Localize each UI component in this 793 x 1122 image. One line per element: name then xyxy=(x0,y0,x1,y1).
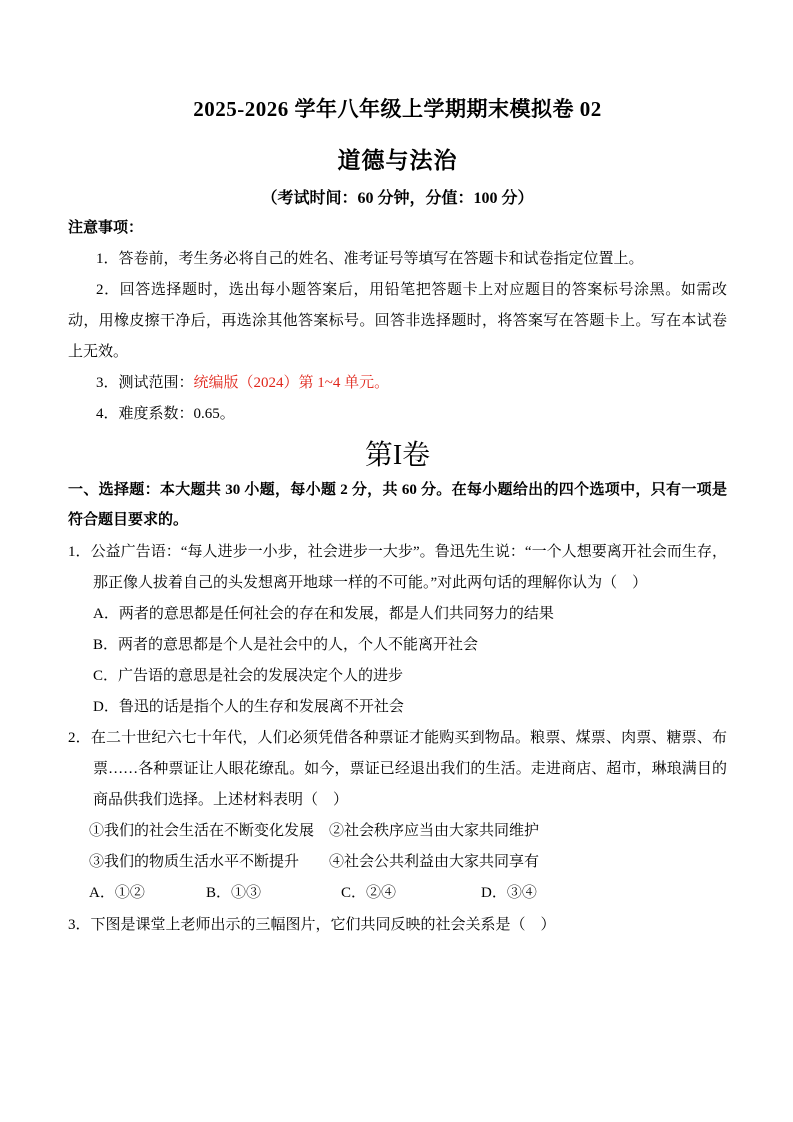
notice-item-3-test-scope: 统编版（2024）第 1~4 单元。 xyxy=(194,375,390,391)
notice-item-1: 1．答卷前，考生务必将自己的姓名、准考证号等填写在答题卡和试卷指定位置上。 xyxy=(68,244,727,275)
question-2-option-b: B．①③ xyxy=(206,878,341,909)
question-2-statement-2: ②社会秩序应当由大家共同维护 xyxy=(329,823,539,839)
question-2-option-a: A．①② xyxy=(89,878,206,909)
question-1-option-c: C．广告语的意思是社会的发展决定个人的进步 xyxy=(93,661,727,692)
section-instructions: 一、选择题：本大题共 30 小题，每小题 2 分，共 60 分。在每小题给出的四… xyxy=(68,475,727,535)
question-2-option-d: D．③④ xyxy=(481,878,537,909)
question-2-statement-1: ①我们的社会生活在不断变化发展 xyxy=(89,816,329,847)
question-1-stem-text: 公益广告语：“每人进步一小步，社会进步一大步”。鲁迅先生说：“一个人想要离开社会… xyxy=(91,544,727,591)
notices-heading: 注意事项： xyxy=(68,213,727,244)
question-1-option-b: B．两者的意思都是个人是社会中的人，个人不能离开社会 xyxy=(93,630,727,661)
question-2-statement-4: ④社会公共利益由大家共同享有 xyxy=(329,854,539,870)
question-2-statements-row-2: ③我们的物质生活水平不断提升④社会公共利益由大家共同享有 xyxy=(89,847,727,878)
exam-info: （考试时间：60 分钟，分值：100 分） xyxy=(68,188,727,210)
question-2-number: 2． xyxy=(68,730,91,746)
notices-section: 注意事项： 1．答卷前，考生务必将自己的姓名、准考证号等填写在答题卡和试卷指定位… xyxy=(68,213,727,430)
question-3-stem-text: 下图是课堂上老师出示的三幅图片，它们共同反映的社会关系是（ ） xyxy=(91,917,556,933)
question-1-number: 1． xyxy=(68,544,91,560)
exam-title: 2025-2026 学年八年级上学期期末模拟卷 02 xyxy=(68,95,727,123)
question-1: 1．公益广告语：“每人进步一小步，社会进步一大步”。鲁迅先生说：“一个人想要离开… xyxy=(68,537,727,723)
question-3: 3．下图是课堂上老师出示的三幅图片，它们共同反映的社会关系是（ ） xyxy=(68,910,727,941)
question-2-options: A．①②B．①③C．②④D．③④ xyxy=(89,878,727,909)
notice-item-4: 4．难度系数：0.65。 xyxy=(68,399,727,430)
question-3-number: 3． xyxy=(68,917,91,933)
part-title: 第I卷 xyxy=(68,438,727,474)
notice-item-3-label: 3．测试范围： xyxy=(96,375,194,391)
question-2-statements-row-1: ①我们的社会生活在不断变化发展②社会秩序应当由大家共同维护 xyxy=(89,816,727,847)
question-3-stem: 3．下图是课堂上老师出示的三幅图片，它们共同反映的社会关系是（ ） xyxy=(68,910,727,941)
notice-item-2: 2．回答选择题时，选出每小题答案后，用铅笔把答题卡上对应题目的答案标号涂黑。如需… xyxy=(68,275,727,368)
question-1-stem: 1．公益广告语：“每人进步一小步，社会进步一大步”。鲁迅先生说：“一个人想要离开… xyxy=(68,537,727,599)
question-1-option-a: A．两者的意思都是任何社会的存在和发展，都是人们共同努力的结果 xyxy=(93,599,727,630)
question-1-option-d: D．鲁迅的话是指个人的生存和发展离不开社会 xyxy=(93,692,727,723)
notice-item-3: 3．测试范围：统编版（2024）第 1~4 单元。 xyxy=(68,368,727,399)
question-2: 2．在二十世纪六七十年代，人们必须凭借各种票证才能购买到物品。粮票、煤票、肉票、… xyxy=(68,723,727,909)
question-2-statement-3: ③我们的物质生活水平不断提升 xyxy=(89,847,329,878)
exam-subject: 道德与法治 xyxy=(68,146,727,175)
exam-paper-page: 2025-2026 学年八年级上学期期末模拟卷 02 道德与法治 （考试时间：6… xyxy=(0,0,793,1122)
question-2-option-c: C．②④ xyxy=(341,878,481,909)
question-2-stem: 2．在二十世纪六七十年代，人们必须凭借各种票证才能购买到物品。粮票、煤票、肉票、… xyxy=(68,723,727,816)
question-2-stem-text: 在二十世纪六七十年代，人们必须凭借各种票证才能购买到物品。粮票、煤票、肉票、糖票… xyxy=(91,730,727,808)
